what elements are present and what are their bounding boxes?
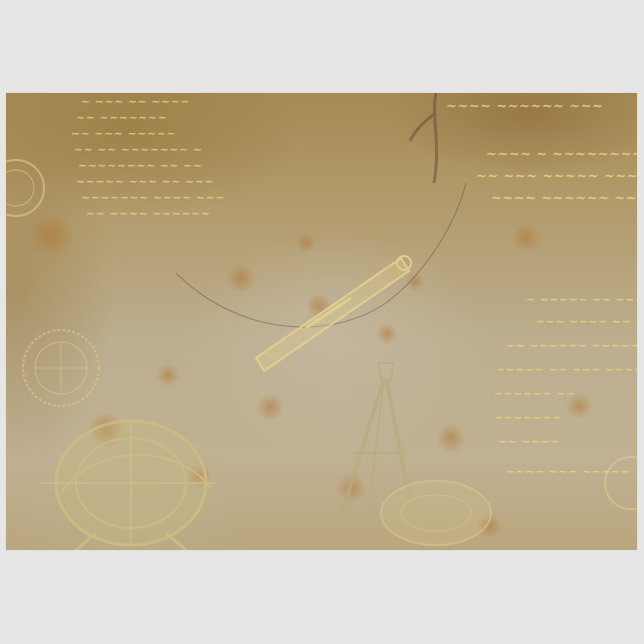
script-line: ~~ ~~~~ ~~~~~~ xyxy=(86,207,211,220)
script-line: ~~~~~~ ~~ xyxy=(494,387,576,400)
ink-crease xyxy=(410,93,437,183)
script-line: ~~~~~ ~~~ ~~ ~~~ xyxy=(76,175,214,188)
script-line: ~~~~~ ~~ ~~~ ~~~~~ xyxy=(496,363,637,376)
script-line: ~~ ~~~~~~~ xyxy=(76,111,167,124)
script-line: ~ ~~~ ~~ ~~~~ xyxy=(81,95,190,108)
medallion-icon xyxy=(23,330,99,406)
globe-icon xyxy=(41,421,216,550)
script-line: ~~~~ ~~~~~~ ~~~ xyxy=(446,99,603,114)
vintage-paper-sheet: ~ ~~~ ~~ ~~~~ ~~ ~~~~~~~ ~~ ~~~ ~~~~~ ~~… xyxy=(6,93,637,550)
script-line: ~~ ~~~~~~ ~~~~~~~~ xyxy=(506,339,637,352)
arc-line xyxy=(176,183,466,327)
script-line: ~~ ~~~~ xyxy=(498,435,560,448)
sphere-icon xyxy=(381,481,491,545)
script-line: ~~ ~~~ ~~~~~ xyxy=(71,127,176,140)
script-line: ~~ ~~ ~~~~~~~ ~ xyxy=(74,143,203,156)
script-line: ~~~~~~~ xyxy=(494,411,562,424)
compass-rose-icon xyxy=(6,160,44,216)
telescope-icon xyxy=(256,256,411,371)
script-line: ~~~~ ~~~~~~ ~~~~ xyxy=(491,191,637,206)
script-line: ~~~~ ~ ~~~~~~~~~~~ xyxy=(486,147,637,162)
script-line: ~~~~~~~ ~~~~ ~~~ xyxy=(81,191,225,204)
script-line: ~~~ ~~~~ ~~ ~~ xyxy=(536,315,637,328)
script-line: ~~~~~~~~ ~~ ~~ xyxy=(78,159,203,172)
script-line: ~~~~ ~~~ ~~~~~ xyxy=(506,465,631,478)
script-line: ~ ~~~~~ ~~ ~~~~ xyxy=(526,293,637,306)
script-line: ~~ ~~~ ~~~~~ ~~~ ~~ xyxy=(476,169,637,184)
